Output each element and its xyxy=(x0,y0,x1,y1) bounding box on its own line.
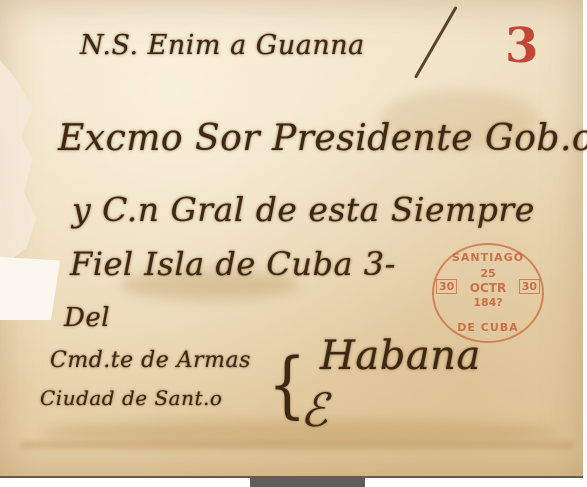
manuscript-addressee-rank: y C.n Gral de esta Siempre xyxy=(72,190,535,229)
manuscript-addressee-place: Fiel Isla de Cuba 3- xyxy=(70,245,396,283)
manuscript-line-1: N.S. Enim a Guanna xyxy=(80,30,365,61)
manuscript-slash xyxy=(414,6,458,79)
postmark: SANTIAGO 25 30 OCTR 30 184? DE CUBA xyxy=(432,243,544,343)
torn-notch xyxy=(0,250,60,320)
torn-edge xyxy=(0,60,60,280)
manuscript-sender-office: Cmd.te de Armas xyxy=(50,348,251,373)
manuscript-destination: Habana xyxy=(320,333,481,379)
fold-crease xyxy=(20,440,573,450)
postmark-region: DE CUBA xyxy=(434,321,542,334)
scanner-edge xyxy=(250,478,365,487)
manuscript-addressee-title: Excmo Sor Presidente Gob.or xyxy=(58,118,587,159)
postmark-right-numeral: 30 xyxy=(519,279,540,294)
postmark-town: SANTIAGO xyxy=(434,251,542,264)
letter-sheet: 3 N.S. Enim a Guanna Excmo Sor President… xyxy=(0,0,583,478)
postmark-year: 184? xyxy=(434,296,542,309)
manuscript-sender-city: Ciudad de Sant.o xyxy=(40,386,222,410)
manuscript-sender-from: Del xyxy=(64,303,110,333)
manuscript-flourish: ℰ xyxy=(300,383,328,437)
rate-mark: 3 xyxy=(505,18,538,74)
